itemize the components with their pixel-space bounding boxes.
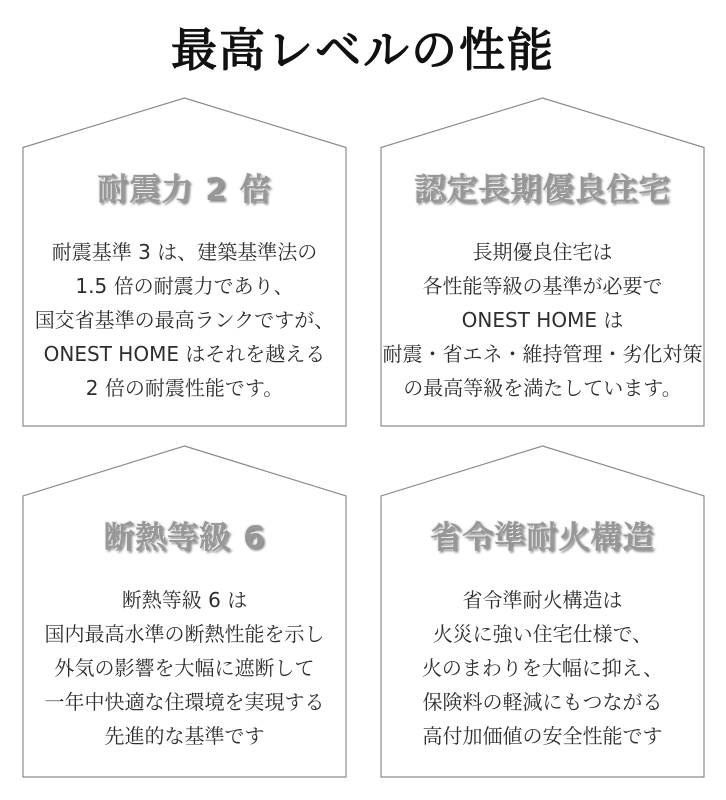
performance-infographic: 最高レベルの性能 耐震力 2 倍 耐震基準 3 は、建築基準法の 1.5 倍の耐… [0,0,726,800]
feature-card-insulation: 断熱等級 6 断熱等級 6 は 国内最高水準の断熱性能を示し 外気の影響を大幅に… [22,445,347,778]
card-text-line: 先進的な基準です [22,719,347,753]
card-text-line: 各性能等級の基準が必要で [380,269,705,303]
card-body: 断熱等級 6 は 国内最高水準の断熱性能を示し 外気の影響を大幅に遮断して 一年… [22,583,347,753]
card-text-line: 火災に強い住宅仕様で、 [380,617,705,651]
card-text-line: 高付加価値の安全性能です [380,719,705,753]
card-text-line: 国内最高水準の断熱性能を示し [22,617,347,651]
card-text-line: 保険料の軽減にもつながる [380,685,705,719]
feature-card-long-term-housing: 認定長期優良住宅 長期優良住宅は 各性能等級の基準が必要で ONEST HOME… [380,97,705,427]
card-text-line: 1.5 倍の耐震力であり、 [22,269,347,303]
feature-card-fireproof: 省令準耐火構造 省令準耐火構造は 火災に強い住宅仕様で、 火のまわりを大幅に抑え… [380,445,705,778]
card-text-line: 耐震・省エネ・維持管理・劣化対策 [380,337,705,371]
card-body: 耐震基準 3 は、建築基準法の 1.5 倍の耐震力であり、 国交省基準の最高ラン… [22,235,347,405]
card-heading: 耐震力 2 倍 [22,171,347,209]
card-content: 耐震力 2 倍 耐震基準 3 は、建築基準法の 1.5 倍の耐震力であり、 国交… [22,97,347,427]
card-text-line: 省令準耐火構造は [380,583,705,617]
card-heading: 認定長期優良住宅 [380,171,705,209]
card-text-line: 火のまわりを大幅に抑え、 [380,651,705,685]
card-body: 長期優良住宅は 各性能等級の基準が必要で ONEST HOME は 耐震・省エネ… [380,235,705,405]
card-text-line: ONEST HOME はそれを越える [22,337,347,371]
card-text-line: 2 倍の耐震性能です。 [22,371,347,405]
page-title: 最高レベルの性能 [0,0,726,78]
card-text-line: 国交省基準の最高ランクですが、 [22,303,347,337]
feature-card-seismic: 耐震力 2 倍 耐震基準 3 は、建築基準法の 1.5 倍の耐震力であり、 国交… [22,97,347,427]
card-body: 省令準耐火構造は 火災に強い住宅仕様で、 火のまわりを大幅に抑え、 保険料の軽減… [380,583,705,753]
card-text-line: の最高等級を満たしています。 [380,371,705,405]
card-text-line: 耐震基準 3 は、建築基準法の [22,235,347,269]
card-text-line: 一年中快適な住環境を実現する [22,685,347,719]
card-content: 断熱等級 6 断熱等級 6 は 国内最高水準の断熱性能を示し 外気の影響を大幅に… [22,445,347,778]
card-text-line: 外気の影響を大幅に遮断して [22,651,347,685]
card-heading: 断熱等級 6 [22,519,347,557]
card-content: 認定長期優良住宅 長期優良住宅は 各性能等級の基準が必要で ONEST HOME… [380,97,705,427]
card-text-line: 長期優良住宅は [380,235,705,269]
card-content: 省令準耐火構造 省令準耐火構造は 火災に強い住宅仕様で、 火のまわりを大幅に抑え… [380,445,705,778]
card-text-line: ONEST HOME は [380,303,705,337]
card-heading: 省令準耐火構造 [380,519,705,557]
card-text-line: 断熱等級 6 は [22,583,347,617]
feature-cards-grid: 耐震力 2 倍 耐震基準 3 は、建築基準法の 1.5 倍の耐震力であり、 国交… [0,78,726,778]
